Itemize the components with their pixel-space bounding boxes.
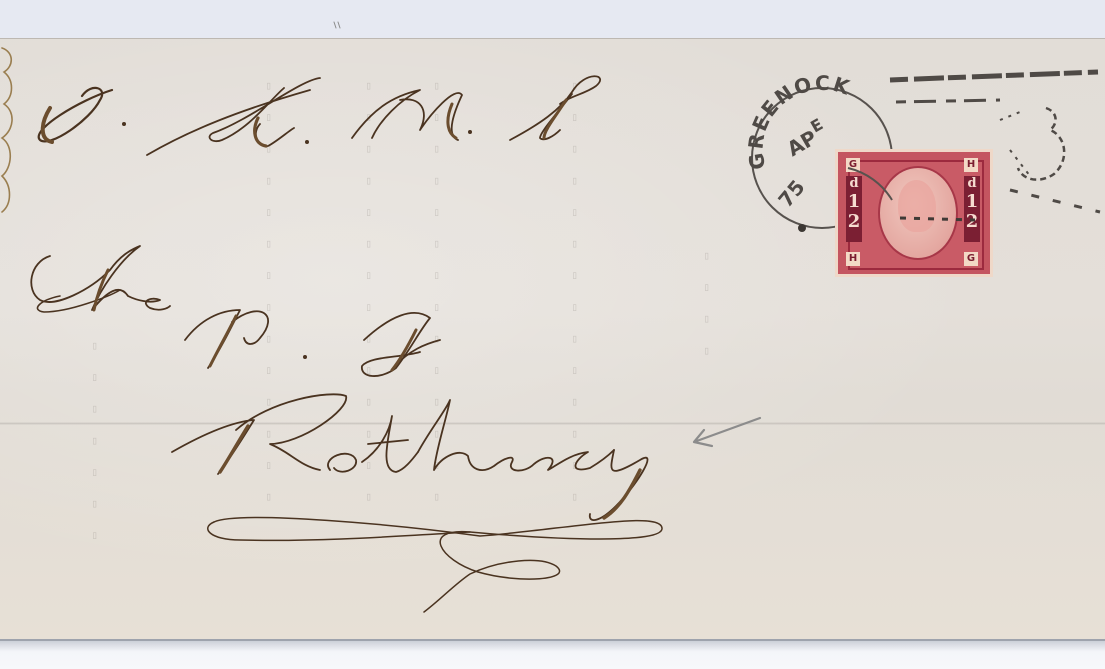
side-script <box>2 48 12 212</box>
corner-letter-bottom-right: G <box>964 252 978 266</box>
corner-letter-bottom-left: H <box>846 252 860 266</box>
pencil-arrow <box>334 22 760 446</box>
postmark-year: 75 <box>773 175 809 212</box>
stamp-d-label: d <box>846 176 862 192</box>
stamp-numerator: 1 <box>846 192 862 212</box>
stamp-denominator: 2 <box>846 212 862 232</box>
address-line-rothesay <box>172 394 662 612</box>
queen-victoria-portrait <box>898 180 936 232</box>
address-line-ohms <box>39 76 600 155</box>
address-line-the-pf <box>31 246 440 376</box>
stamp-numerator: 1 <box>964 192 980 212</box>
stamp-d-label: d <box>964 176 980 192</box>
corner-letter-top-left: G <box>846 158 860 172</box>
handwriting-layer: GREENOCK AP E 75 <box>0 0 1105 669</box>
stamp-denominator: 2 <box>964 212 980 232</box>
stamp-value-right: d 1 2 <box>964 176 980 242</box>
stamp-value-left: d 1 2 <box>846 176 862 242</box>
corner-letter-top-right: H <box>964 158 978 172</box>
